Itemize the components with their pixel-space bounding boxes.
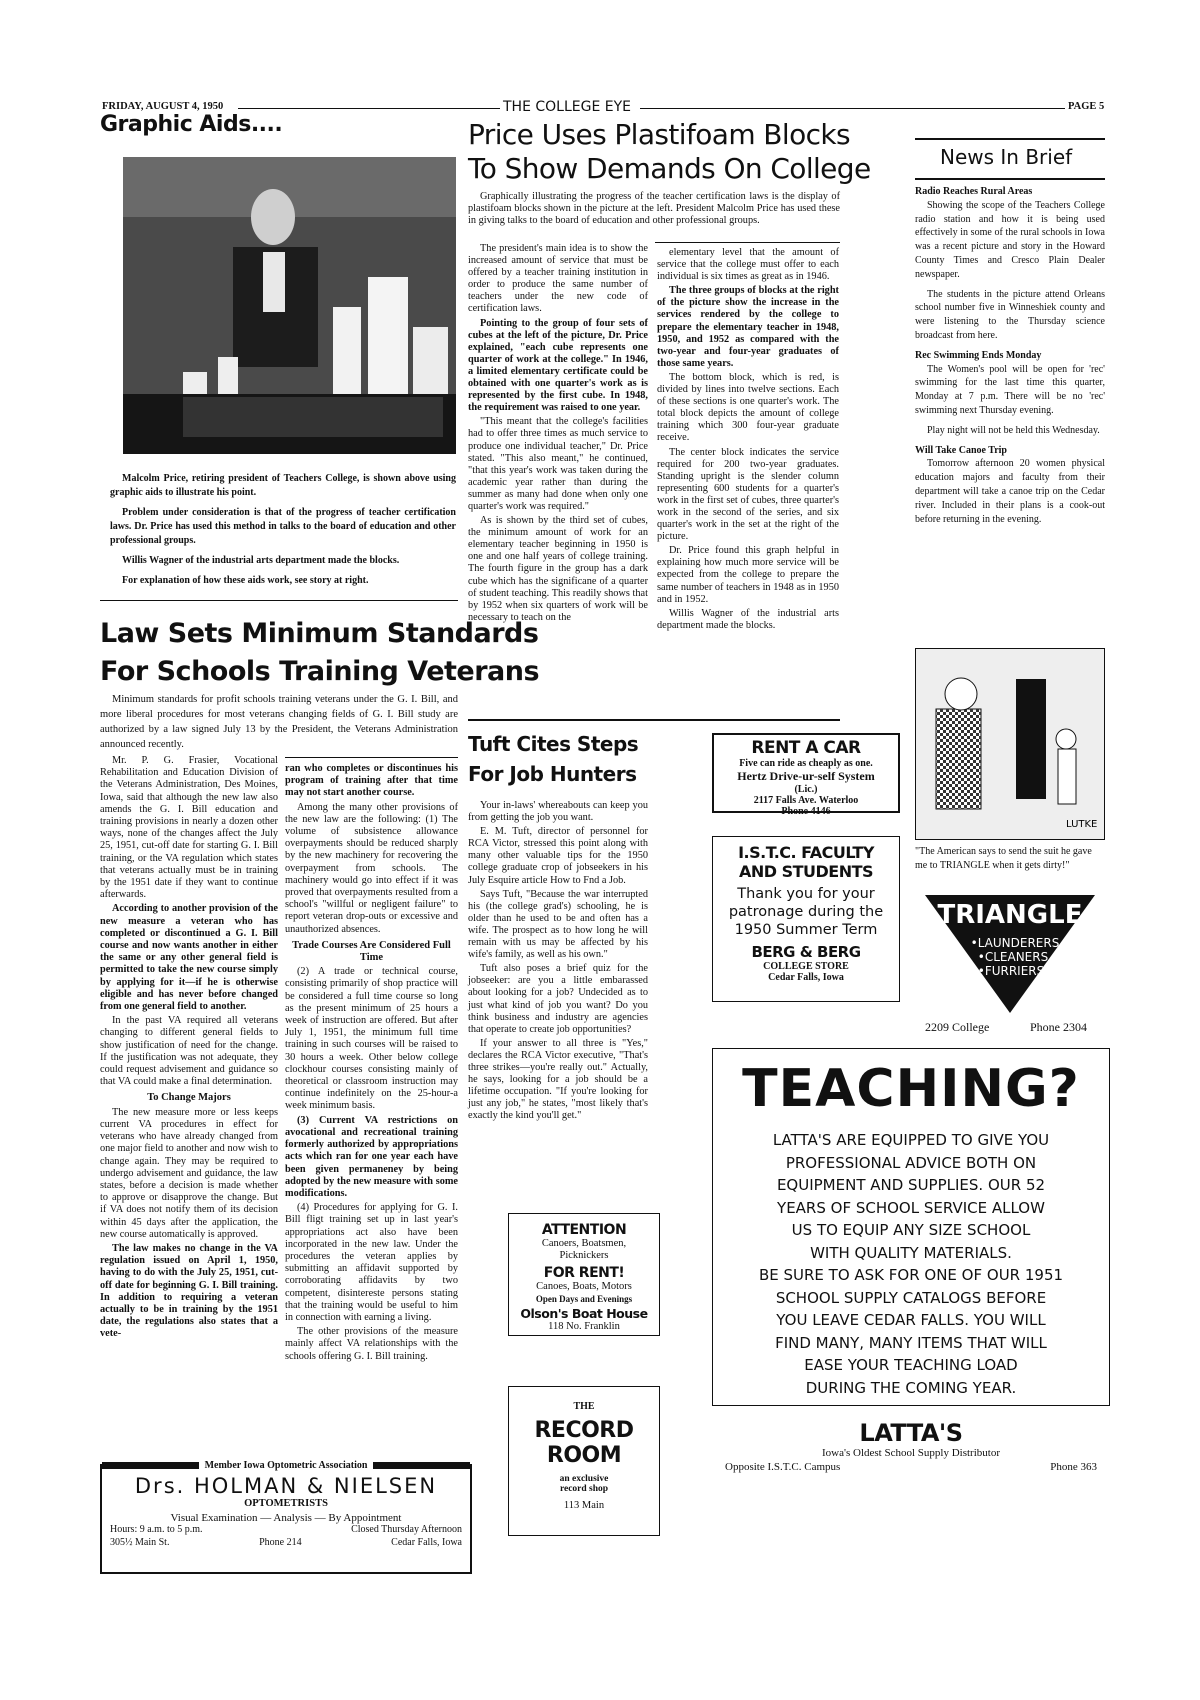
price-lead: Graphically illustrating the progress of… xyxy=(468,191,840,229)
paragraph: Tuft also poses a brief quiz for the job… xyxy=(468,963,648,1036)
berg-location: Cedar Falls, Iowa xyxy=(713,972,899,983)
masthead-rule-right xyxy=(640,108,1065,109)
law-lead-text: Minimum standards for profit schools tra… xyxy=(100,692,458,752)
olson-title: ATTENTION xyxy=(509,1222,659,1238)
law-headline-1: Law Sets Minimum Standards xyxy=(100,618,538,649)
optometrist-city: Cedar Falls, Iowa xyxy=(391,1537,462,1548)
graphic-aids-caption: Malcolm Price, retiring president of Tea… xyxy=(110,472,456,590)
olson-ad: ATTENTION Canoers, Boatsmen, Picknickers… xyxy=(508,1213,660,1336)
news-in-brief-items: Radio Reaches Rural Areas Showing the sc… xyxy=(915,185,1105,528)
price-headline-2: To Show Demands On College xyxy=(468,152,871,185)
triangle-ad: TRIANGLE •LAUNDERERS •CLEANERS •FURRIERS xyxy=(925,895,1095,1015)
optometrist-closed: Closed Thursday Afternoon xyxy=(351,1524,462,1535)
news-in-brief-heading: News In Brief xyxy=(940,145,1072,169)
paragraph: In the past VA required all veterans cha… xyxy=(100,1015,278,1088)
caption-paragraph: For explanation of how these aids work, … xyxy=(110,574,456,588)
berg-sub: COLLEGE STORE xyxy=(713,961,899,972)
paragraph: Showing the scope of the Teachers Colleg… xyxy=(915,199,1105,282)
masthead-page: PAGE 5 xyxy=(1068,101,1104,112)
lattas-line: EQUIPMENT AND SUPPLIES. OUR 52 xyxy=(713,1174,1109,1197)
svg-text:•CLEANERS: •CLEANERS xyxy=(978,950,1048,964)
price-col-1: The president's main idea is to show the… xyxy=(468,243,648,626)
olson-name: Olson's Boat House xyxy=(509,1306,659,1321)
optometrist-hours-row: Hours: 9 a.m. to 5 p.m. Closed Thursday … xyxy=(102,1524,470,1535)
tuft-headline-1: Tuft Cites Steps xyxy=(468,732,638,756)
record-title: RECORD xyxy=(509,1418,659,1443)
lattas-line: YEARS OF SCHOOL SERVICE ALLOW xyxy=(713,1197,1109,1220)
law-lead: Minimum standards for profit schools tra… xyxy=(100,692,458,754)
subhead: To Change Majors xyxy=(100,1092,278,1104)
paragraph: Says Tuft, "Because the war interrupted … xyxy=(468,889,648,962)
cartoon-illustration-icon: LUTKE xyxy=(916,649,1104,839)
bar-right xyxy=(373,1462,470,1469)
lattas-line: EASE YOUR TEACHING LOAD xyxy=(713,1354,1109,1377)
lattas-line: WITH QUALITY MATERIALS. xyxy=(713,1242,1109,1265)
olson-for-rent: FOR RENT! xyxy=(509,1265,659,1281)
optometrist-phone: Phone 214 xyxy=(259,1537,302,1548)
paragraph: Mr. P. G. Frasier, Vocational Rehabilita… xyxy=(100,755,278,901)
record-the: THE xyxy=(509,1401,659,1412)
ad-line: record shop xyxy=(509,1484,659,1494)
lattas-line: YOU LEAVE CEDAR FALLS. YOU WILL xyxy=(713,1309,1109,1332)
paragraph: The three groups of blocks at the right … xyxy=(657,285,839,370)
divider xyxy=(468,719,840,721)
paragraph: Play night will not be held this Wednesd… xyxy=(915,424,1105,438)
cartoon-signature: LUTKE xyxy=(1066,819,1097,830)
divider xyxy=(915,138,1105,140)
law-col-2: ran who completes or discontinues his pr… xyxy=(285,763,458,1365)
optometrist-address-row: 305½ Main St. Phone 214 Cedar Falls, Iow… xyxy=(102,1535,470,1550)
paragraph: The law makes no change in the VA regula… xyxy=(100,1243,278,1341)
paragraph: According to another provision of the ne… xyxy=(100,903,278,1013)
paragraph: Willis Wagner of the industrial arts dep… xyxy=(657,608,839,632)
olson-address: 118 No. Franklin xyxy=(509,1321,659,1332)
paragraph: The bottom block, which is red, is divid… xyxy=(657,372,839,445)
lattas-name: LATTA'S xyxy=(713,1419,1109,1447)
brief-title: Radio Reaches Rural Areas xyxy=(915,185,1105,199)
ad-line: 2117 Falls Ave. Waterloo xyxy=(714,795,898,806)
paragraph: The center block indicates the service r… xyxy=(657,447,839,544)
brief-title: Rec Swimming Ends Monday xyxy=(915,349,1105,363)
paragraph: Pointing to the group of four sets of cu… xyxy=(468,318,648,415)
law-headline-2: For Schools Training Veterans xyxy=(100,656,539,687)
optometrist-address: 305½ Main St. xyxy=(110,1537,169,1548)
price-lead-text: Graphically illustrating the progress of… xyxy=(468,191,840,227)
paragraph: As is shown by the third set of cubes, t… xyxy=(468,515,648,624)
divider xyxy=(655,242,840,243)
svg-text:•FURRIERS: •FURRIERS xyxy=(978,964,1045,978)
brief-title: Will Take Canoe Trip xyxy=(915,444,1105,458)
ad-line: Hertz Drive-ur-self System xyxy=(714,769,898,784)
lattas-ad: TEACHING? LATTA'S ARE EQUIPPED TO GIVE Y… xyxy=(712,1048,1110,1406)
paragraph: The Women's pool will be open for 'rec' … xyxy=(915,363,1105,418)
paragraph: The other provisions of the measure main… xyxy=(285,1326,458,1363)
paragraph: The students in the picture attend Orlea… xyxy=(915,288,1105,343)
record-address: 113 Main xyxy=(509,1500,659,1511)
paragraph: Your in-laws' whereabouts can keep you f… xyxy=(468,800,648,824)
paragraph: Tomorrow afternoon 20 women physical edu… xyxy=(915,457,1105,526)
ad-line: Canoers, Boatsmen, Picknickers xyxy=(509,1238,659,1262)
price-col-2: elementary level that the amount of serv… xyxy=(657,247,839,634)
paragraph: Dr. Price found this graph helpful in ex… xyxy=(657,545,839,605)
triangle-logo-icon: TRIANGLE •LAUNDERERS •CLEANERS •FURRIERS xyxy=(925,895,1095,1015)
berg-ad: I.S.T.C. FACULTY AND STUDENTS Thank you … xyxy=(712,836,900,1002)
ad-line: Five can ride as cheaply as one. xyxy=(714,758,898,769)
rent-a-car-ad: RENT A CAR Five can ride as cheaply as o… xyxy=(712,733,900,813)
record-room-ad: THE RECORD ROOM an exclusive record shop… xyxy=(508,1386,660,1536)
masthead-date: FRIDAY, AUGUST 4, 1950 xyxy=(102,101,223,112)
ad-line: Canoes, Boats, Motors xyxy=(509,1281,659,1292)
ad-line: Open Days and Evenings xyxy=(509,1294,659,1304)
tuft-headline-2: For Job Hunters xyxy=(468,762,637,786)
rent-a-car-title: RENT A CAR xyxy=(714,738,898,758)
lattas-tagline: Iowa's Oldest School Supply Distributor xyxy=(713,1447,1109,1459)
berg-message: Thank you for your patronage during the … xyxy=(713,885,899,939)
masthead-rule-left xyxy=(238,108,500,109)
lattas-body: LATTA'S ARE EQUIPPED TO GIVE YOU PROFESS… xyxy=(713,1129,1109,1399)
lattas-line: US TO EQUIP ANY SIZE SCHOOL xyxy=(713,1219,1109,1242)
photo-illustration-icon xyxy=(123,157,456,454)
lattas-line: FIND MANY, MANY ITEMS THAT WILL xyxy=(713,1332,1109,1355)
paragraph: "This meant that the college's facilitie… xyxy=(468,416,648,513)
lattas-line: BE SURE TO ASK FOR ONE OF OUR 1951 xyxy=(713,1264,1109,1287)
lattas-line: LATTA'S ARE EQUIPPED TO GIVE YOU xyxy=(713,1129,1109,1152)
lattas-footer: Opposite I.S.T.C. Campus Phone 363 xyxy=(713,1459,1109,1475)
masthead-paper-name: THE COLLEGE EYE xyxy=(503,99,631,115)
price-headline-1: Price Uses Plastifoam Blocks xyxy=(468,118,850,151)
paragraph: elementary level that the amount of serv… xyxy=(657,247,839,283)
paragraph: (4) Procedures for applying for G. I. Bi… xyxy=(285,1202,458,1324)
triangle-address: 2209 College xyxy=(925,1020,989,1035)
triangle-phone: Phone 2304 xyxy=(1030,1020,1087,1035)
caption-paragraph: Problem under consideration is that of t… xyxy=(110,506,456,548)
subhead: Trade Courses Are Considered Full Time xyxy=(285,940,458,964)
tuft-body: Your in-laws' whereabouts can keep you f… xyxy=(468,800,648,1124)
berg-title: AND STUDENTS xyxy=(713,862,899,881)
lattas-line: PROFESSIONAL ADVICE BOTH ON xyxy=(713,1152,1109,1175)
berg-title: I.S.T.C. FACULTY xyxy=(713,843,899,862)
law-col-1: Mr. P. G. Frasier, Vocational Rehabilita… xyxy=(100,755,278,1343)
lattas-location: Opposite I.S.T.C. Campus xyxy=(725,1461,840,1473)
cartoon-caption: "The American says to send the suit he g… xyxy=(915,845,1103,873)
paragraph: ran who completes or discontinues his pr… xyxy=(285,763,458,800)
optometrist-services: Visual Examination — Analysis — By Appoi… xyxy=(102,1512,470,1524)
paragraph: The president's main idea is to show the… xyxy=(468,243,648,316)
price-photo xyxy=(123,157,456,454)
paragraph: (3) Current VA restrictions on avocation… xyxy=(285,1115,458,1200)
cartoon-panel: LUTKE xyxy=(915,648,1105,840)
ad-line: an exclusive xyxy=(509,1474,659,1484)
divider xyxy=(285,757,458,758)
optometrist-profession: OPTOMETRISTS xyxy=(102,1498,470,1509)
berg-name: BERG & BERG xyxy=(713,943,899,961)
optometrist-member: Member Iowa Optometric Association xyxy=(199,1460,374,1471)
ad-line: Phone 4146 xyxy=(714,806,898,817)
paragraph: (2) A trade or technical course, consist… xyxy=(285,966,458,1112)
optometrist-top-bar: Member Iowa Optometric Association xyxy=(102,1460,470,1471)
lattas-line: DURING THE COMING YEAR. xyxy=(713,1377,1109,1400)
paragraph: Among the many other provisions of the n… xyxy=(285,802,458,936)
paragraph: The new measure more or less keeps curre… xyxy=(100,1107,278,1241)
optometrist-ad: Member Iowa Optometric Association Drs. … xyxy=(100,1464,472,1574)
record-title: ROOM xyxy=(509,1443,659,1468)
paragraph: If your answer to all three is "Yes," de… xyxy=(468,1038,648,1123)
svg-text:•LAUNDERERS: •LAUNDERERS xyxy=(971,936,1060,950)
paragraph: E. M. Tuft, director of personnel for RC… xyxy=(468,826,648,886)
lattas-line: SCHOOL SUPPLY CATALOGS BEFORE xyxy=(713,1287,1109,1310)
optometrist-name: Drs. HOLMAN & NIELSEN xyxy=(102,1474,470,1498)
caption-paragraph: Malcolm Price, retiring president of Tea… xyxy=(110,472,456,500)
divider xyxy=(100,600,458,601)
lattas-headline: TEACHING? xyxy=(713,1059,1109,1119)
lattas-phone: Phone 363 xyxy=(1050,1461,1097,1473)
optometrist-hours: Hours: 9 a.m. to 5 p.m. xyxy=(110,1524,203,1535)
bar-left xyxy=(102,1462,199,1469)
triangle-name: TRIANGLE xyxy=(938,900,1083,930)
caption-paragraph: Willis Wagner of the industrial arts dep… xyxy=(110,554,456,568)
graphic-aids-heading: Graphic Aids.... xyxy=(100,112,282,137)
divider xyxy=(915,178,1105,180)
ad-line: (Lic.) xyxy=(714,784,898,795)
